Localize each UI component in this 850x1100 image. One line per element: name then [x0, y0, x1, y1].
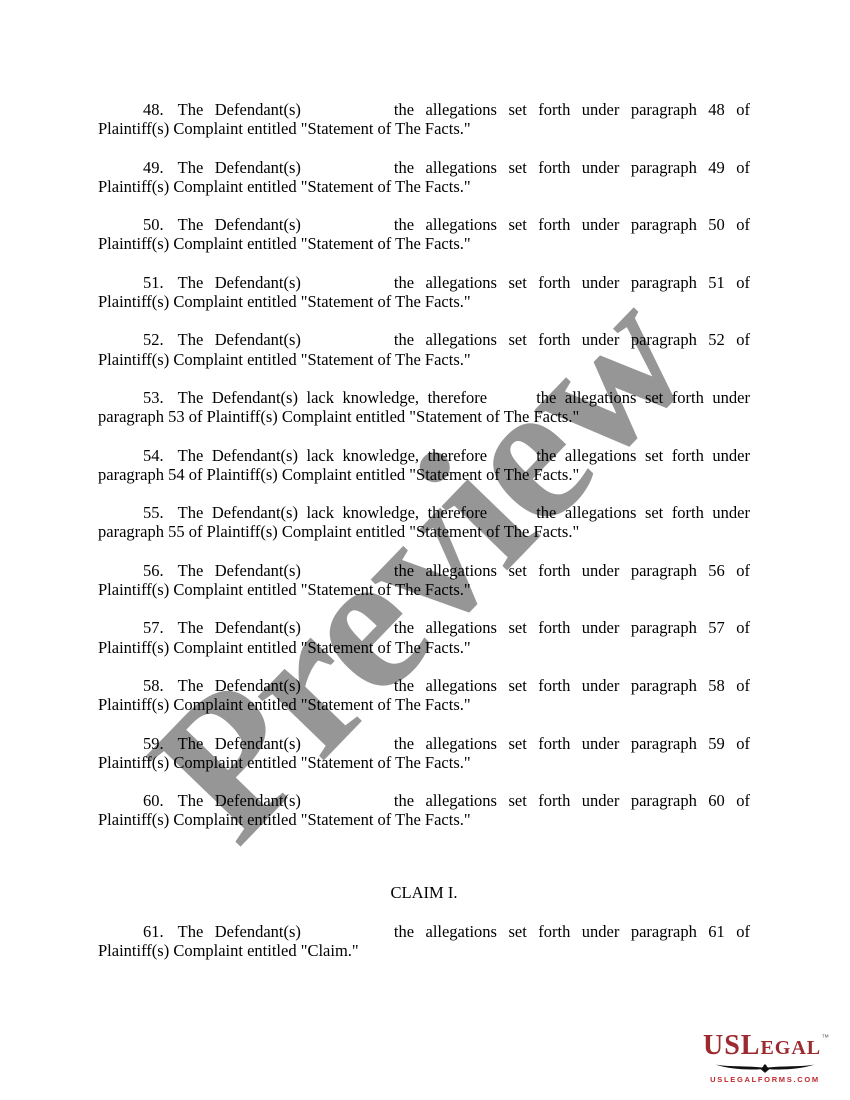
- paragraph-lead-text: The Defendant(s): [178, 561, 301, 580]
- uslegal-wordmark-row: USLegal™: [703, 1024, 827, 1064]
- paragraph-lead-text: The Defendant(s) lack knowledge, therefo…: [178, 446, 488, 465]
- uslegalforms-url: USLEGALFORMS.COM: [703, 1075, 827, 1084]
- claim-heading: CLAIM I.: [98, 883, 750, 902]
- paragraph-second-line: Plaintiff(s) Complaint entitled "Stateme…: [98, 119, 750, 138]
- paragraph-number: 55.: [143, 503, 164, 522]
- paragraph-trail-text: the allegations set forth under: [536, 503, 750, 522]
- uslegal-logo: USLegal™ USLEGALFORMS.COM: [703, 1024, 827, 1084]
- answer-paragraph: 49.The Defendant(s) the allegations set …: [98, 158, 750, 196]
- paragraph-trail-text: the allegations set forth under paragrap…: [394, 100, 750, 119]
- paragraph-second-line: paragraph 54 of Plaintiff(s) Complaint e…: [98, 465, 750, 484]
- paragraph-lead-text: The Defendant(s) lack knowledge, therefo…: [178, 503, 488, 522]
- paragraph-lead-text: The Defendant(s): [178, 273, 301, 292]
- answer-paragraph: 57.The Defendant(s) the allegations set …: [98, 618, 750, 656]
- paragraph-trail-text: the allegations set forth under paragrap…: [394, 618, 750, 637]
- paragraph-lead-text: The Defendant(s): [178, 330, 301, 349]
- paragraph-lead-text: The Defendant(s): [178, 734, 301, 753]
- paragraph-lead-text: The Defendant(s): [178, 791, 301, 810]
- paragraph-second-line: Plaintiff(s) Complaint entitled "Stateme…: [98, 753, 750, 772]
- paragraph-lead-text: The Defendant(s): [178, 676, 301, 695]
- paragraph-number: 57.: [143, 618, 164, 637]
- paragraph-trail-text: the allegations set forth under paragrap…: [394, 734, 750, 753]
- trademark-symbol: ™: [821, 1033, 829, 1042]
- paragraph-second-line: Plaintiff(s) Complaint entitled "Stateme…: [98, 350, 750, 369]
- paragraph-lead-text: The Defendant(s): [178, 215, 301, 234]
- paragraph-first-line: 55.The Defendant(s) lack knowledge, ther…: [98, 503, 750, 522]
- paragraph-lead-text: The Defendant(s): [178, 100, 301, 119]
- paragraph-number: 58.: [143, 676, 164, 695]
- paragraph-second-line: Plaintiff(s) Complaint entitled "Stateme…: [98, 580, 750, 599]
- claim-paragraph-list: 61.The Defendant(s) the allegations set …: [98, 922, 750, 960]
- paragraph-second-line: Plaintiff(s) Complaint entitled "Stateme…: [98, 638, 750, 657]
- paragraph-trail-text: the allegations set forth under: [536, 446, 750, 465]
- paragraph-number: 51.: [143, 273, 164, 292]
- paragraph-first-line: 50.The Defendant(s) the allegations set …: [98, 215, 750, 234]
- paragraph-list: 48.The Defendant(s) the allegations set …: [98, 100, 750, 830]
- eagle-icon: [713, 1064, 817, 1074]
- paragraph-second-line: Plaintiff(s) Complaint entitled "Stateme…: [98, 234, 750, 253]
- paragraph-number: 52.: [143, 330, 164, 349]
- paragraph-second-line: Plaintiff(s) Complaint entitled "Stateme…: [98, 695, 750, 714]
- paragraph-number: 53.: [143, 388, 164, 407]
- answer-paragraph: 60.The Defendant(s) the allegations set …: [98, 791, 750, 829]
- paragraph-lead-text: The Defendant(s): [178, 618, 301, 637]
- paragraph-trail-text: the allegations set forth under: [536, 388, 750, 407]
- paragraph-lead-text: The Defendant(s) lack knowledge, therefo…: [178, 388, 488, 407]
- paragraph-number: 50.: [143, 215, 164, 234]
- paragraph-first-line: 48.The Defendant(s) the allegations set …: [98, 100, 750, 119]
- answer-paragraph: 48.The Defendant(s) the allegations set …: [98, 100, 750, 138]
- paragraph-second-line: Plaintiff(s) Complaint entitled "Claim.": [98, 941, 750, 960]
- answer-paragraph: 50.The Defendant(s) the allegations set …: [98, 215, 750, 253]
- paragraph-number: 59.: [143, 734, 164, 753]
- paragraph-second-line: paragraph 55 of Plaintiff(s) Complaint e…: [98, 522, 750, 541]
- paragraph-trail-text: the allegations set forth under paragrap…: [394, 561, 750, 580]
- paragraph-first-line: 53.The Defendant(s) lack knowledge, ther…: [98, 388, 750, 407]
- paragraph-trail-text: the allegations set forth under paragrap…: [394, 922, 750, 941]
- answer-paragraph: 61.The Defendant(s) the allegations set …: [98, 922, 750, 960]
- paragraph-first-line: 49.The Defendant(s) the allegations set …: [98, 158, 750, 177]
- paragraph-number: 49.: [143, 158, 164, 177]
- paragraph-second-line: Plaintiff(s) Complaint entitled "Stateme…: [98, 810, 750, 829]
- paragraph-number: 60.: [143, 791, 164, 810]
- answer-paragraph: 58.The Defendant(s) the allegations set …: [98, 676, 750, 714]
- paragraph-trail-text: the allegations set forth under paragrap…: [394, 676, 750, 695]
- answer-paragraph: 54.The Defendant(s) lack knowledge, ther…: [98, 446, 750, 484]
- paragraph-second-line: Plaintiff(s) Complaint entitled "Stateme…: [98, 292, 750, 311]
- paragraph-trail-text: the allegations set forth under paragrap…: [394, 791, 750, 810]
- paragraph-lead-text: The Defendant(s): [178, 158, 301, 177]
- answer-paragraph: 55.The Defendant(s) lack knowledge, ther…: [98, 503, 750, 541]
- paragraph-lead-text: The Defendant(s): [178, 922, 301, 941]
- paragraph-number: 56.: [143, 561, 164, 580]
- uslegal-wordmark: USLegal: [703, 1030, 821, 1061]
- document-body: 48.The Defendant(s) the allegations set …: [0, 0, 850, 960]
- answer-paragraph: 53.The Defendant(s) lack knowledge, ther…: [98, 388, 750, 426]
- paragraph-trail-text: the allegations set forth under paragrap…: [394, 273, 750, 292]
- paragraph-first-line: 59.The Defendant(s) the allegations set …: [98, 734, 750, 753]
- answer-paragraph: 56.The Defendant(s) the allegations set …: [98, 561, 750, 599]
- paragraph-number: 61.: [143, 922, 164, 941]
- paragraph-number: 48.: [143, 100, 164, 119]
- paragraph-first-line: 54.The Defendant(s) lack knowledge, ther…: [98, 446, 750, 465]
- paragraph-second-line: Plaintiff(s) Complaint entitled "Stateme…: [98, 177, 750, 196]
- answer-paragraph: 52.The Defendant(s) the allegations set …: [98, 330, 750, 368]
- paragraph-first-line: 56.The Defendant(s) the allegations set …: [98, 561, 750, 580]
- paragraph-number: 54.: [143, 446, 164, 465]
- paragraph-first-line: 52.The Defendant(s) the allegations set …: [98, 330, 750, 349]
- paragraph-first-line: 61.The Defendant(s) the allegations set …: [98, 922, 750, 941]
- paragraph-first-line: 57.The Defendant(s) the allegations set …: [98, 618, 750, 637]
- paragraph-trail-text: the allegations set forth under paragrap…: [394, 158, 750, 177]
- paragraph-trail-text: the allegations set forth under paragrap…: [394, 330, 750, 349]
- paragraph-first-line: 51.The Defendant(s) the allegations set …: [98, 273, 750, 292]
- paragraph-trail-text: the allegations set forth under paragrap…: [394, 215, 750, 234]
- paragraph-second-line: paragraph 53 of Plaintiff(s) Complaint e…: [98, 407, 750, 426]
- paragraph-first-line: 58.The Defendant(s) the allegations set …: [98, 676, 750, 695]
- document-page: Preview 48.The Defendant(s) the allegati…: [0, 0, 850, 1100]
- answer-paragraph: 59.The Defendant(s) the allegations set …: [98, 734, 750, 772]
- paragraph-first-line: 60.The Defendant(s) the allegations set …: [98, 791, 750, 810]
- answer-paragraph: 51.The Defendant(s) the allegations set …: [98, 273, 750, 311]
